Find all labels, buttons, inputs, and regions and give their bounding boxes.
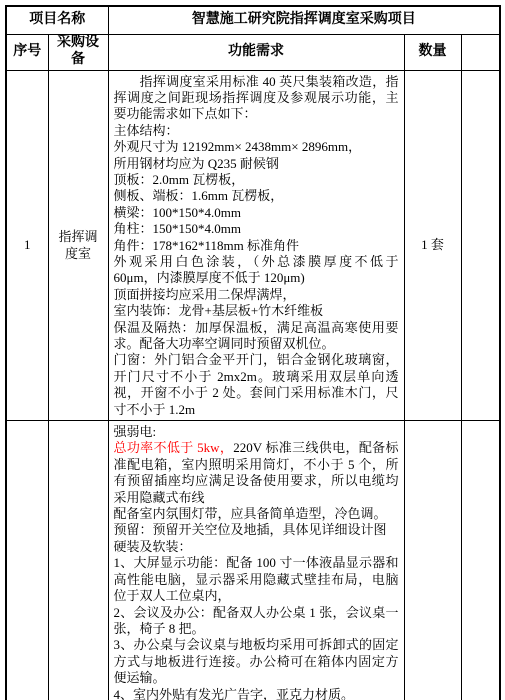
- requirement-paragraph: 4、室内外贴有发光广告字，亚克力材质。: [114, 687, 399, 700]
- empty-cell: [6, 421, 48, 700]
- power-requirement-paragraph: 总功率不低于 5kw，220V 标准三线供电，配备标准配电箱，室内照明采用筒灯，…: [114, 440, 399, 506]
- requirement-paragraph: 预留：预留开关空位及地插，具体见详细设计图: [114, 522, 399, 538]
- item-row-part2: 强弱电: 总功率不低于 5kw，220V 标准三线供电，配备标准配电箱，室内照明…: [6, 421, 500, 700]
- requirement-paragraph: 1、大屏显示功能：配备 100 寸一体液晶显示器和高性能电脑，显示器采用隐藏式壁…: [114, 555, 399, 604]
- requirement-paragraph: 3、办公桌与会议桌与地板均采用可拆卸式的固定方式与地板进行连接。办公椅可在箱体内…: [114, 637, 399, 686]
- item-quantity: 1 套: [404, 70, 461, 421]
- requirement-paragraph: 所用钢材均应为 Q235 耐候钢: [114, 156, 399, 172]
- procurement-table: 项目名称 智慧施工研究院指挥调度室采购项目 序号 采购设备 功能需求 数量 1 …: [5, 5, 501, 700]
- project-title: 智慧施工研究院指挥调度室采购项目: [108, 6, 500, 34]
- column-header-row: 序号 采购设备 功能需求 数量: [6, 34, 500, 70]
- col-header-index: 序号: [6, 34, 48, 70]
- requirement-paragraph: 指挥调度室采用标准 40 英尺集装箱改造，指挥调度之间距现场指挥调度及参观展示功…: [114, 74, 399, 123]
- project-name-label: 项目名称: [6, 6, 108, 34]
- requirement-paragraph: 配备室内氛围灯带，应具备简单造型，冷色调。: [114, 506, 399, 522]
- requirement-paragraph: 角件：178*162*118mm 标准角件: [114, 238, 399, 254]
- requirement-paragraph: 横梁：100*150*4.0mm: [114, 205, 399, 221]
- item-index: 1: [6, 70, 48, 421]
- item-row-part1: 1 指挥调度室 指挥调度室采用标准 40 英尺集装箱改造，指挥调度之间距现场指挥…: [6, 70, 500, 421]
- requirement-paragraph: 角柱：150*150*4.0mm: [114, 221, 399, 237]
- requirement-paragraph: 2、会议及办公：配备双人办公桌 1 张，会议桌一张，椅子 8 把。: [114, 605, 399, 638]
- requirement-paragraph: 保温及隔热：加厚保温板，满足高温高寒使用要求。配备大功率空调同时预留双机位。: [114, 320, 399, 353]
- requirement-paragraph: 顶板：2.0mm 瓦楞板，: [114, 172, 399, 188]
- project-name-row: 项目名称 智慧施工研究院指挥调度室采购项目: [6, 6, 500, 34]
- empty-cell: [48, 421, 108, 700]
- power-requirement-highlight: 总功率不低于 5kw，: [114, 440, 234, 455]
- col-header-equipment: 采购设备: [48, 34, 108, 70]
- item-equipment: 指挥调度室: [48, 70, 108, 421]
- empty-cell: [461, 421, 500, 700]
- item-requirements-part1: 指挥调度室采用标准 40 英尺集装箱改造，指挥调度之间距现场指挥调度及参观展示功…: [108, 70, 404, 421]
- requirement-paragraph: 硬装及软装：: [114, 539, 399, 555]
- requirement-paragraph: 外观尺寸为 12192mm× 2438mm× 2896mm，: [114, 139, 399, 155]
- col-header-requirements: 功能需求: [108, 34, 404, 70]
- requirement-paragraph: 侧板、端板：1.6mm 瓦楞板，: [114, 188, 399, 204]
- requirement-paragraph: 主体结构：: [114, 123, 399, 139]
- document-page: 项目名称 智慧施工研究院指挥调度室采购项目 序号 采购设备 功能需求 数量 1 …: [0, 0, 505, 700]
- requirement-paragraph: 顶面拼接均应采用二保焊满焊，: [114, 287, 399, 303]
- empty-cell: [461, 70, 500, 421]
- empty-cell: [404, 421, 461, 700]
- requirement-paragraph: 室内装饰：龙骨+基层板+竹木纤维板: [114, 303, 399, 319]
- col-header-extra: [461, 34, 500, 70]
- requirement-paragraph: 门窗：外门铝合金平开门，铝合金钢化玻璃窗，开门尺寸不小于 2mx2m。玻璃采用双…: [114, 352, 399, 418]
- requirement-paragraph: 外观采用白色涂装，（外总漆膜厚度不低于 60μm，内漆膜厚度不低于 120μm): [114, 254, 399, 287]
- item-requirements-part2: 强弱电: 总功率不低于 5kw，220V 标准三线供电，配备标准配电箱，室内照明…: [108, 421, 404, 700]
- requirement-paragraph: 强弱电:: [114, 424, 399, 440]
- col-header-quantity: 数量: [404, 34, 461, 70]
